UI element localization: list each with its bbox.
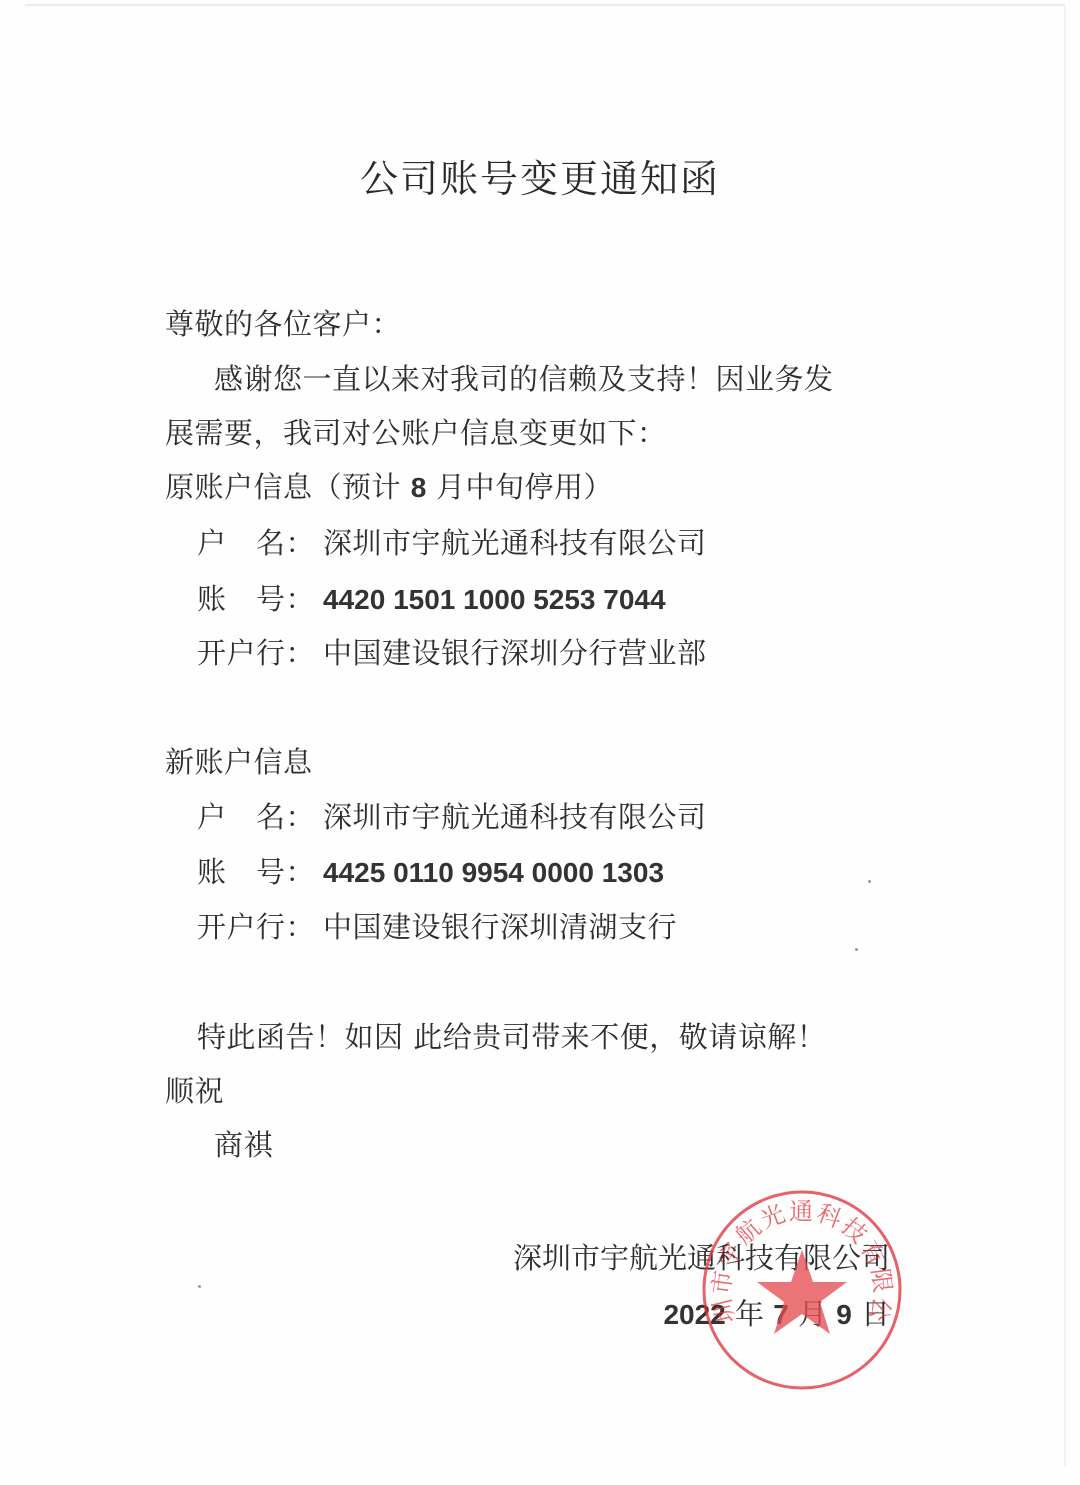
document-page: 公司账号变更通知函 尊敬的各位客户： 感谢您一直以来对我司的信赖及支持！因业务发… <box>0 0 1080 1485</box>
scan-speck <box>868 880 871 883</box>
wishes: 商祺 <box>214 1123 273 1164</box>
old-account-name-label: 户 名： <box>197 521 323 562</box>
scan-edge-top <box>25 4 1065 7</box>
scan-edge-right <box>1064 6 1066 1466</box>
old-account-number-value: 4420 1501 1000 5253 7044 <box>323 584 666 615</box>
old-account-heading: 原账户信息（预计 8 月中旬停用） <box>165 465 613 506</box>
new-account-bank-label: 开户行： <box>197 905 323 946</box>
new-account-name-value: 深圳市宇航光通科技有限公司 <box>323 800 707 834</box>
old-account-name-value: 深圳市宇航光通科技有限公司 <box>323 526 707 560</box>
old-account-bank-value: 中国建设银行深圳分行营业部 <box>323 636 707 670</box>
new-account-bank-value: 中国建设银行深圳清湖支行 <box>323 910 677 944</box>
new-account-number-label: 账 号： <box>197 850 323 891</box>
regards: 顺祝 <box>165 1069 224 1110</box>
date-month: 7 <box>773 1299 789 1330</box>
signature-company: 深圳市宇航光通科技有限公司 <box>513 1236 890 1277</box>
salutation: 尊敬的各位客户： <box>165 302 401 343</box>
date-year: 2022 <box>663 1299 725 1330</box>
signature-date: 2022 年 7 月 9 日 <box>663 1292 890 1333</box>
date-month-unit: 月 <box>789 1297 836 1331</box>
old-account-name-row: 户 名：深圳市宇航光通科技有限公司 <box>197 521 707 562</box>
new-account-name-row: 户 名：深圳市宇航光通科技有限公司 <box>197 795 707 836</box>
date-day: 9 <box>836 1299 852 1330</box>
old-account-bank-row: 开户行：中国建设银行深圳分行营业部 <box>197 631 707 672</box>
intro-line-1: 感谢您一直以来对我司的信赖及支持！因业务发 <box>214 357 834 398</box>
old-account-number-row: 账 号：4420 1501 1000 5253 7044 <box>197 577 666 618</box>
closing-line: 特此函告！如因 此给贵司带来不便，敬请谅解！ <box>197 1015 826 1056</box>
new-account-heading: 新账户信息 <box>165 740 313 781</box>
date-day-unit: 日 <box>852 1297 890 1331</box>
intro-line-2: 展需要，我司对公账户信息变更如下： <box>165 411 667 452</box>
date-year-unit: 年 <box>726 1297 773 1331</box>
page-title: 公司账号变更通知函 <box>0 148 1080 203</box>
old-account-heading-prefix: 原账户信息（预计 <box>165 470 411 504</box>
new-account-name-label: 户 名： <box>197 795 323 836</box>
scan-speck <box>198 1285 201 1288</box>
old-account-stop-month: 8 <box>411 472 427 503</box>
old-account-bank-label: 开户行： <box>197 631 323 672</box>
company-seal: 深圳市宇航光通科技有限公司 <box>700 1188 904 1392</box>
new-account-bank-row: 开户行：中国建设银行深圳清湖支行 <box>197 905 677 946</box>
new-account-number-row: 账 号：4425 0110 9954 0000 1303 <box>197 850 664 891</box>
old-account-heading-suffix: 月中旬停用） <box>426 470 613 504</box>
new-account-number-value: 4425 0110 9954 0000 1303 <box>323 857 664 888</box>
scan-speck <box>855 948 858 951</box>
old-account-number-label: 账 号： <box>197 577 323 618</box>
